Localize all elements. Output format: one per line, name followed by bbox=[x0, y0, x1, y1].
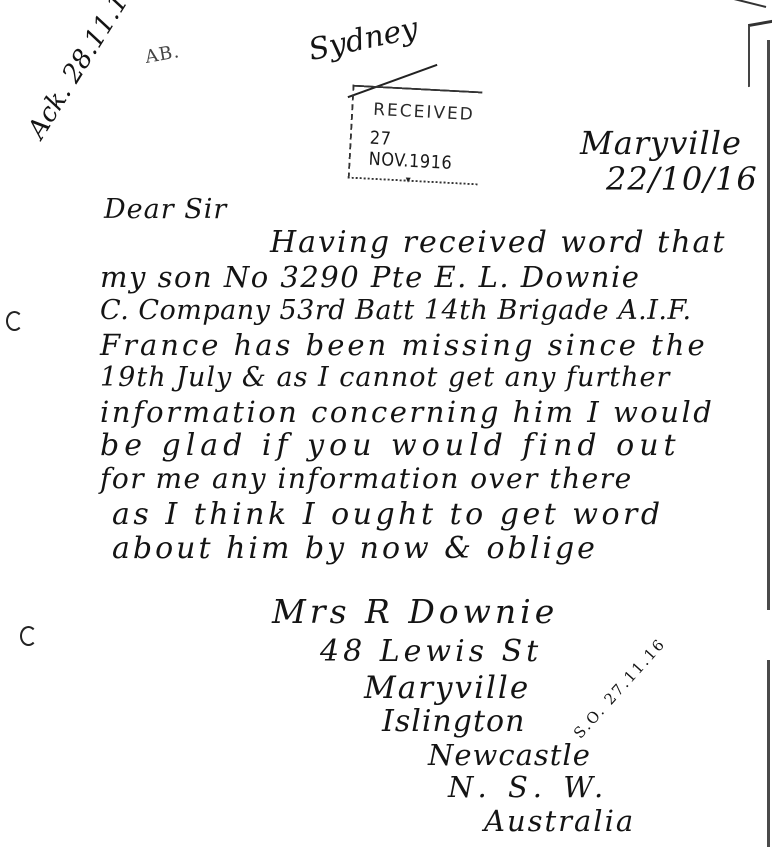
torn-top-edge bbox=[659, 0, 766, 8]
body-line: be glad if you would find out bbox=[100, 428, 681, 463]
edge-gap bbox=[762, 610, 772, 660]
body-line: France has been missing since the bbox=[100, 328, 708, 362]
address-line: 48 Lewis St bbox=[320, 634, 542, 669]
stamp-received-label: RECEIVED bbox=[373, 100, 476, 125]
initials-annotation: AB. bbox=[143, 41, 181, 68]
body-line: C. Company 53rd Batt 14th Brigade A.I.F. bbox=[100, 295, 692, 326]
body-line: 19th July & as I cannot get any further bbox=[100, 362, 670, 393]
punch-hole-icon bbox=[6, 311, 23, 331]
office-note-sydney: Sydney bbox=[306, 11, 422, 68]
letter-page: Ack. 28.11.16 AB. Sydney RECEIVED 27 NOV… bbox=[0, 0, 776, 847]
acknowledged-annotation: Ack. 28.11.16 bbox=[22, 0, 144, 144]
address-line: Australia bbox=[484, 804, 635, 838]
body-line: my son No 3290 Pte E. L. Downie bbox=[100, 260, 640, 294]
body-line: as I think I ought to get word bbox=[112, 497, 664, 532]
address-line: Newcastle bbox=[428, 738, 591, 772]
body-line: for me any information over there bbox=[100, 462, 633, 495]
address-line: Maryville bbox=[364, 670, 530, 706]
body-line: Having received word that bbox=[270, 225, 726, 260]
salutation: Dear Sir bbox=[104, 194, 227, 225]
torn-right-edge bbox=[764, 40, 770, 847]
stamp-mark: ▾ bbox=[405, 175, 411, 186]
received-stamp: RECEIVED 27 NOV.1916 ▾ bbox=[348, 85, 483, 186]
address-line: N. S. W. bbox=[448, 770, 609, 804]
body-line: information concerning him I would bbox=[100, 395, 714, 429]
stamp-date: 27 NOV.1916 bbox=[368, 128, 480, 176]
signature-name: Mrs R Downie bbox=[272, 592, 558, 631]
address-line: Islington bbox=[382, 704, 525, 739]
letter-date: 22/10/16 bbox=[606, 160, 758, 198]
punch-hole-icon bbox=[20, 626, 37, 646]
body-line: about him by now & oblige bbox=[112, 531, 598, 566]
letter-place: Maryville bbox=[580, 124, 742, 162]
sent-on-annotation: S.O. 27.11.16 bbox=[570, 635, 669, 742]
